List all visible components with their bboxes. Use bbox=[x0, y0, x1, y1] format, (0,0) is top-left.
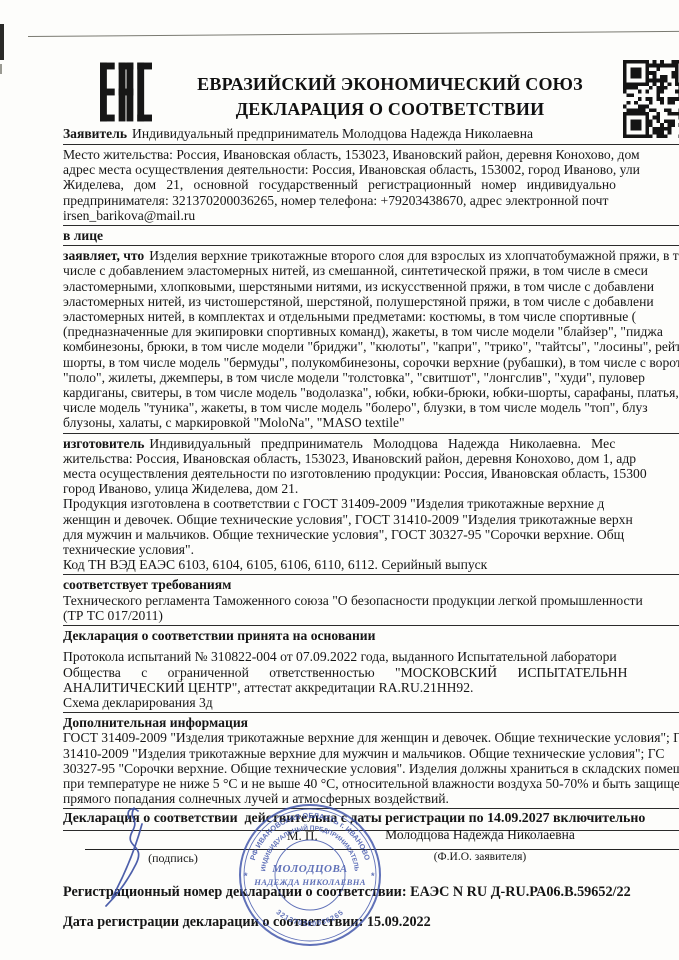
text-line: предпринимателя: 321370200036265, номер … bbox=[63, 193, 679, 208]
text-line: Технического регламента Таможенного союз… bbox=[63, 593, 679, 608]
text-line: эластомерных нитей, из чистошерстяной, ш… bbox=[63, 294, 679, 309]
text-line: (ТР ТС 017/2011) bbox=[63, 608, 679, 623]
text-line: Место жительства: Россия, Ивановская обл… bbox=[63, 147, 679, 162]
declares-block: заявляет, чтоИзделия верхние трикотажные… bbox=[63, 248, 679, 430]
v-lice-label: в лице bbox=[63, 228, 679, 243]
text-line: при температуре не ниже 5 °С и не выше 4… bbox=[63, 776, 679, 791]
manufacturer-block: изготовительИндивидуальный предпринимате… bbox=[63, 436, 679, 497]
text-line: жительства: Россия, Ивановская область, … bbox=[63, 451, 679, 466]
text-line: ГОСТ 31409-2009 "Изделия трикотажные вер… bbox=[63, 730, 679, 745]
address-block: Место жительства: Россия, Ивановская обл… bbox=[63, 147, 679, 223]
document-body: ЗаявительИндивидуальный предприниматель … bbox=[63, 126, 679, 833]
text-line: Протокола испытаний № 310822-004 от 07.0… bbox=[63, 649, 679, 664]
text-line: изготовительИндивидуальный предпринимате… bbox=[63, 436, 679, 451]
text-line: Продукция изготовлена в соответствии с Г… bbox=[63, 496, 679, 511]
text-line: комбинезоны, брюки, в том числе модели "… bbox=[63, 339, 679, 354]
tnved-line: Код ТН ВЭД ЕАЭС 6103, 6104, 6105, 6106, … bbox=[63, 557, 679, 572]
text-line: места осуществления деятельности по изго… bbox=[63, 466, 679, 481]
scan-edge-artifact bbox=[0, 24, 4, 60]
section-rule bbox=[63, 225, 679, 226]
section-rule bbox=[63, 245, 679, 246]
text-line: эластомерными, хлопковыми, шерстяными ни… bbox=[63, 279, 679, 294]
complies-block: Технического регламента Таможенного союз… bbox=[63, 593, 679, 623]
applicant-fio-caption: (Ф.И.О. заявителя) bbox=[355, 851, 605, 863]
text-line: город Иваново, улица Жиделева, дом 21. bbox=[63, 481, 679, 496]
stamp-center-name2: НАДЕЖДА НИКОЛАЕВНА bbox=[253, 877, 365, 887]
text-line: эластомерных нитей, в комплектах и отдел… bbox=[63, 309, 679, 324]
applicant-row: ЗаявительИндивидуальный предприниматель … bbox=[63, 126, 679, 142]
section-rule bbox=[63, 712, 679, 713]
basis-heading: Декларация о соответствии принята на осн… bbox=[63, 628, 679, 643]
text-line: 31410-2009 "Изделия трикотажные верхние … bbox=[63, 746, 679, 761]
additional-heading: Дополнительная информация bbox=[63, 715, 679, 730]
eac-conformity-mark-icon bbox=[100, 62, 152, 127]
round-blue-stamp: РФ ИВАНОВСКАЯ ОБЛАСТЬ г. ИВАНОВО ИНДИВИД… bbox=[235, 800, 385, 955]
scheme-line: Схема декларирования 3д bbox=[63, 695, 679, 710]
production-block: Продукция изготовлена в соответствии с Г… bbox=[63, 496, 679, 557]
applicant-label: Заявитель bbox=[63, 126, 127, 141]
applicant-fio-value: Молодцова Надежда Николаевна bbox=[355, 827, 605, 843]
applicant-value: Индивидуальный предприниматель Молодцова… bbox=[132, 126, 533, 141]
section-rule bbox=[63, 144, 679, 145]
document-header: ЕВРАЗИЙСКИЙ ЭКОНОМИЧЕСКИЙ СОЮЗ ДЕКЛАРАЦИ… bbox=[150, 74, 630, 120]
text-line: шорты, в том числе модель "бермуды", пол… bbox=[63, 355, 679, 370]
page-title: ЕВРАЗИЙСКИЙ ЭКОНОМИЧЕСКИЙ СОЮЗ bbox=[150, 74, 630, 95]
basis-block: Протокола испытаний № 310822-004 от 07.0… bbox=[63, 649, 679, 695]
text-line: Общества с ограниченной ответственностью… bbox=[63, 665, 679, 680]
text-line: блузоны, халаты, с маркировкой "MoloNa",… bbox=[63, 415, 679, 430]
text-line: для мужчин и мальчиков. Общие технически… bbox=[63, 527, 679, 542]
text-line: заявляет, чтоИзделия верхние трикотажные… bbox=[63, 248, 679, 263]
text-line: адрес места осуществления деятельности: … bbox=[63, 162, 679, 177]
text-line: числе с добавлением эластомерных нитей, … bbox=[63, 263, 679, 278]
page-subtitle: ДЕКЛАРАЦИЯ О СООТВЕТСТВИИ bbox=[150, 99, 630, 120]
text-line: АНАЛИТИЧЕСКИЙ ЦЕНТР", аттестат аккредита… bbox=[63, 680, 679, 695]
stamp-center-name1: МОЛОДЦОВА bbox=[271, 863, 347, 875]
text-line: irsen_barikova@mail.ru bbox=[63, 208, 679, 223]
manufacturer-label: изготовитель bbox=[63, 436, 144, 451]
text-line: женщин и девочек. Общие технические усло… bbox=[63, 512, 679, 527]
text-line: "поло", жилеты, джемперы, в том числе мо… bbox=[63, 370, 679, 385]
text-line: кардиганы, свитеры, в том числе модель "… bbox=[63, 385, 679, 400]
text-line: технические условия". bbox=[63, 542, 679, 557]
document-page: ЕВРАЗИЙСКИЙ ЭКОНОМИЧЕСКИЙ СОЮЗ ДЕКЛАРАЦИ… bbox=[0, 0, 679, 960]
text-line: (предназначенные для экипировки спортивн… bbox=[63, 324, 679, 339]
section-rule bbox=[63, 433, 679, 434]
stamp-star-right: * bbox=[371, 871, 375, 881]
declares-label: заявляет, что bbox=[63, 248, 144, 263]
text-line: 30327-95 "Сорочки верхние. Общие техниче… bbox=[63, 761, 679, 776]
stamp-arc-bottom: 321370200036265 bbox=[274, 907, 345, 928]
complies-heading: соответствует требованиям bbox=[63, 577, 679, 592]
section-rule bbox=[63, 625, 679, 626]
scan-top-line bbox=[28, 31, 679, 37]
text-line: числе модель "туника", жакеты, в том чис… bbox=[63, 400, 679, 415]
scan-edge-artifact bbox=[0, 64, 2, 74]
handwritten-signature bbox=[82, 802, 202, 917]
svg-text:321370200036265: 321370200036265 bbox=[274, 907, 345, 928]
stamp-star-left: * bbox=[244, 871, 248, 881]
section-rule bbox=[63, 574, 679, 575]
text-line: Жиделева, дом 21, основной государственн… bbox=[63, 177, 679, 192]
additional-block: ГОСТ 31409-2009 "Изделия трикотажные вер… bbox=[63, 730, 679, 806]
